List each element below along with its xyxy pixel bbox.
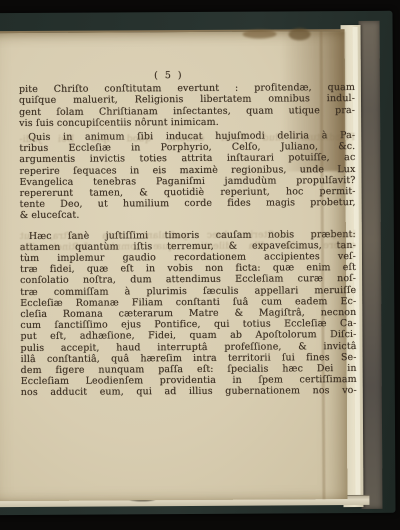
text-line: gent ſolam Chriſtianam inſectantes, quam… bbox=[19, 105, 355, 118]
paragraph: Hæc ſanè juſtiſſimi timoris cauſam nobis… bbox=[20, 229, 357, 399]
top-stain bbox=[243, 29, 277, 38]
text-line: vis ſuis concupiſcentiis nôrunt inimicam… bbox=[19, 116, 355, 129]
page-text: ( 5 ) pite Chriſto conſtitutam evertunt … bbox=[19, 69, 357, 402]
paragraph: pite Chriſto conſtitutam evertunt : prof… bbox=[19, 82, 355, 129]
top-stain bbox=[289, 28, 311, 40]
scanned-page: ( 5 ) pite Chriſto conſtitutam evertunt … bbox=[0, 29, 347, 501]
paragraph: Quis in animum ſibi inducat hujuſmodi de… bbox=[19, 130, 356, 222]
text-line: & eluceſcat. bbox=[20, 208, 356, 221]
text-line: nos adducit eum, qui ad illius gubernati… bbox=[21, 385, 357, 398]
scanned-book-photo: ( 5 ) pite Chriſto conſtitutam evertunt … bbox=[0, 0, 400, 530]
page-number: ( 5 ) bbox=[19, 69, 355, 82]
book-stack: ( 5 ) pite Chriſto conſtitutam evertunt … bbox=[0, 11, 396, 515]
